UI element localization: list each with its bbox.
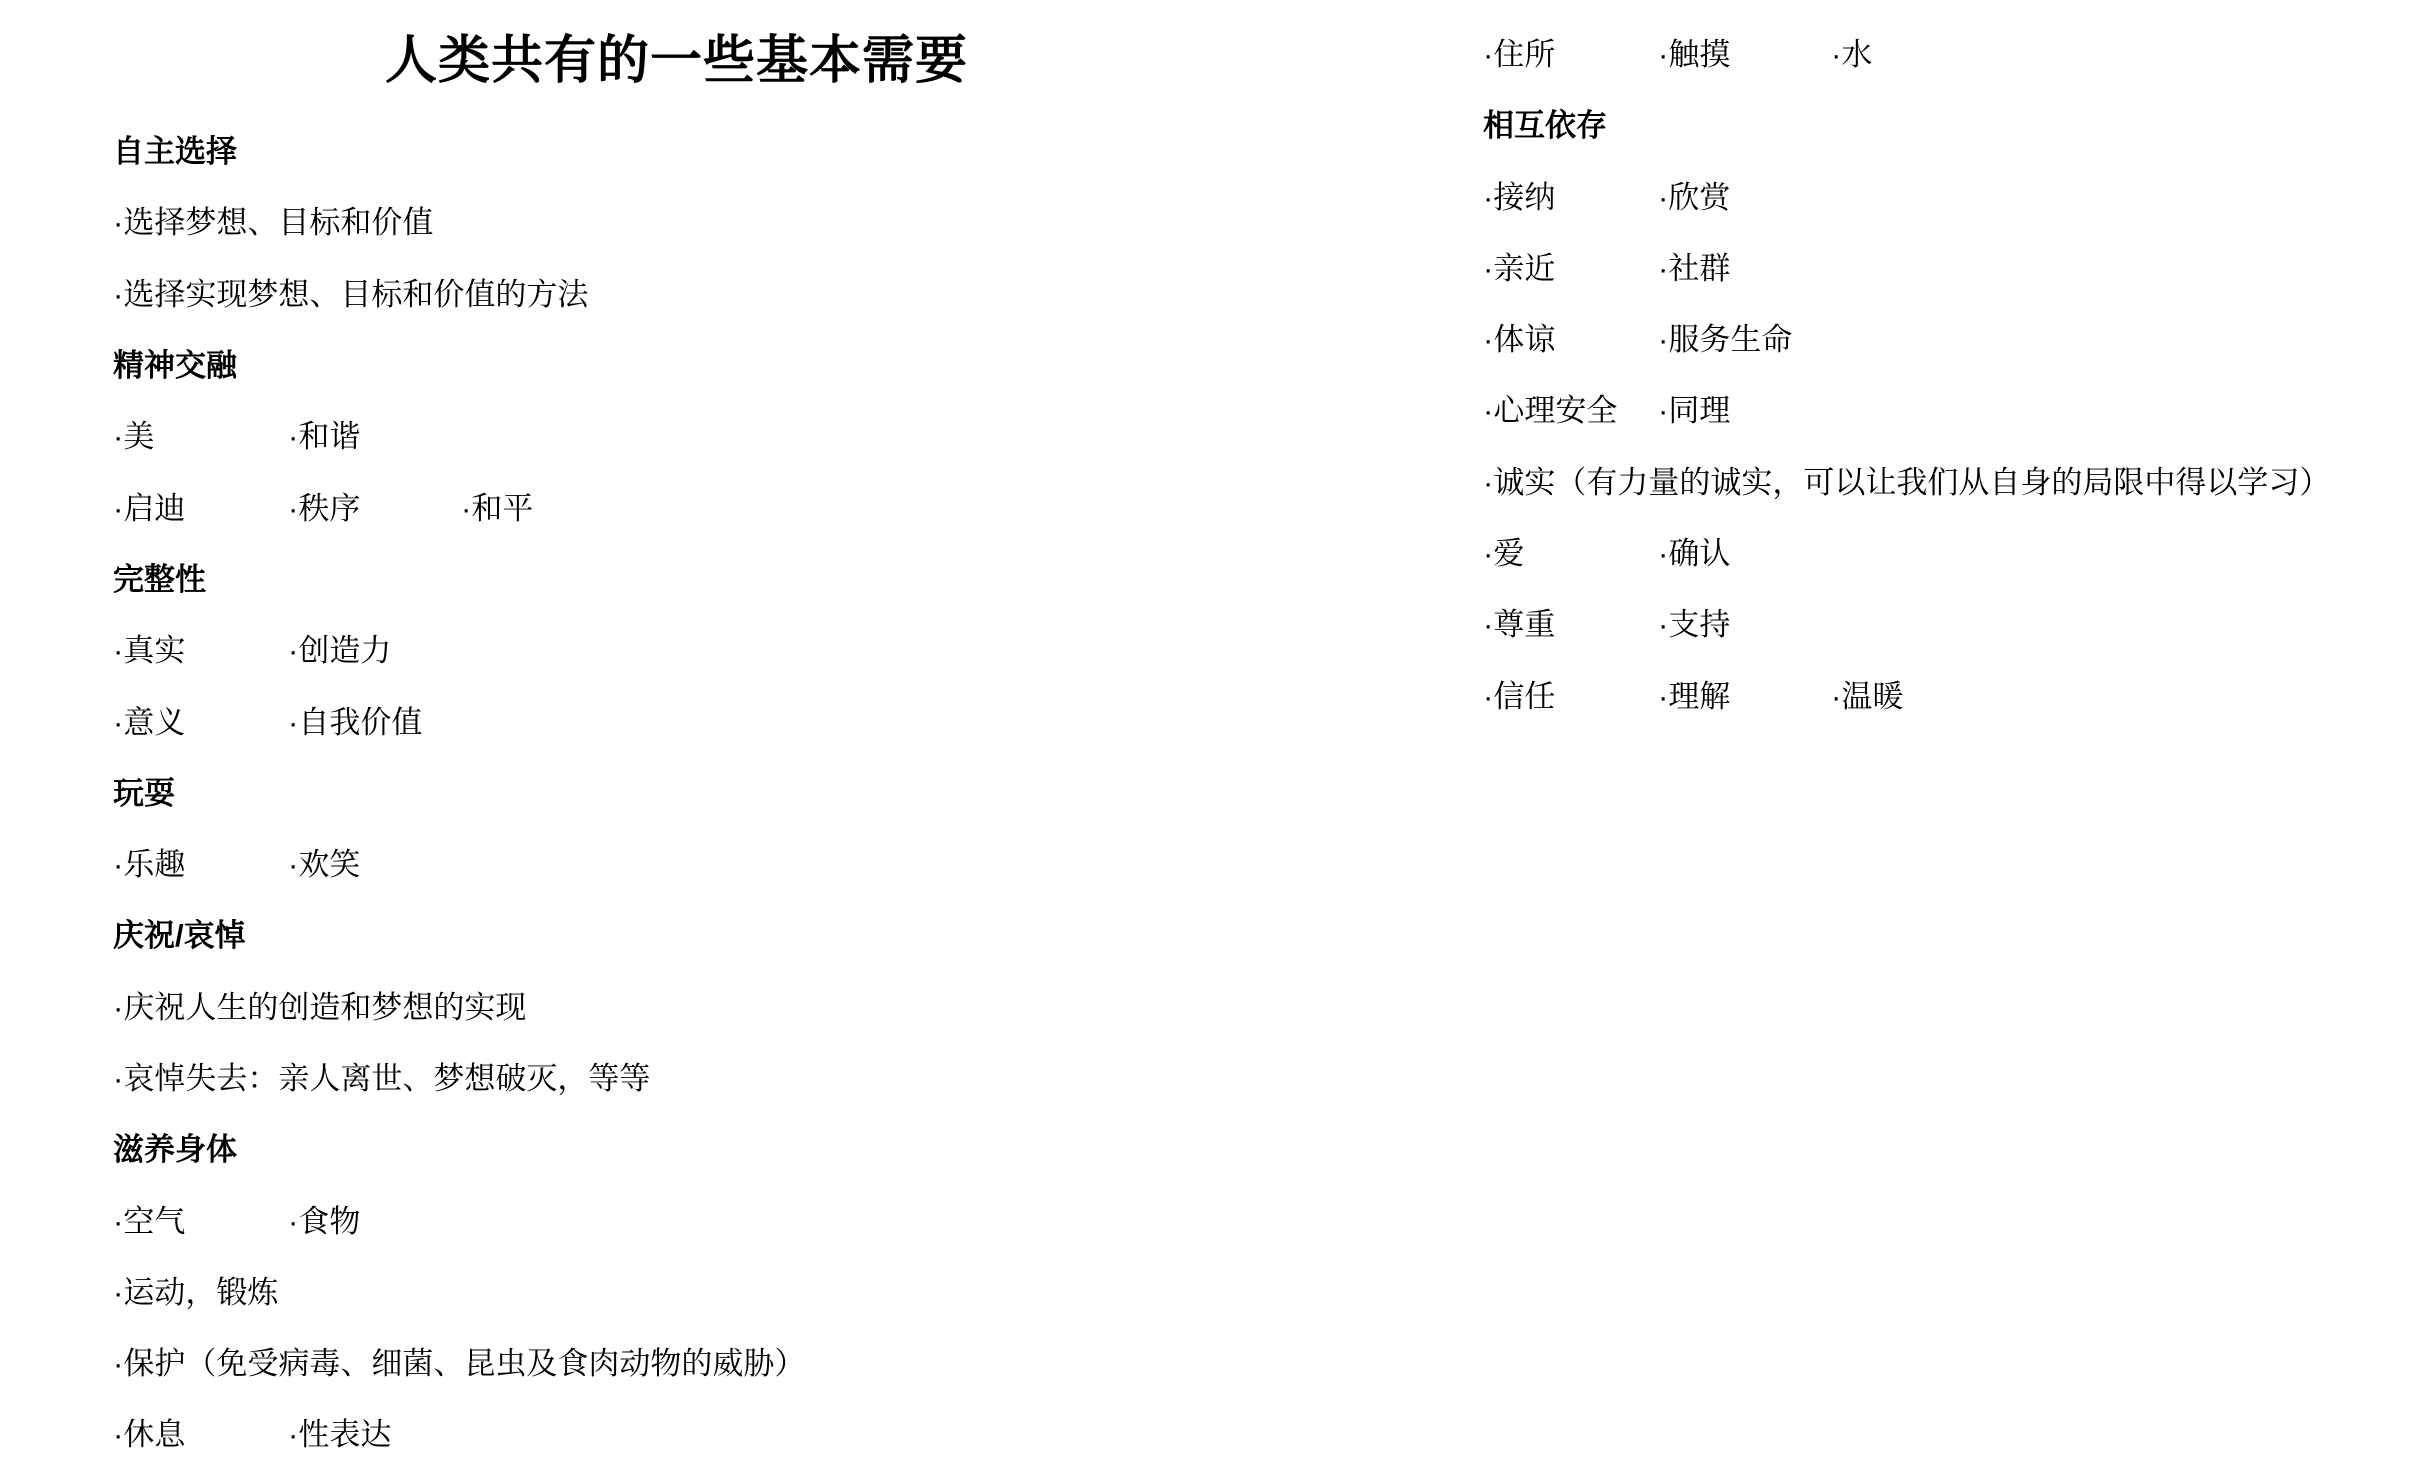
bullet-line: ·信任 ·理解 ·温暖: [1483, 662, 2383, 732]
bullet-line: ·体谅 ·服务生命: [1483, 305, 2383, 375]
section-heading: 自主选择: [113, 117, 1363, 187]
bullet-line: ·意义 ·自我价值: [113, 688, 1363, 758]
bullet-line: ·乐趣 ·欢笑: [113, 830, 1363, 900]
section-heading: 精神交融: [113, 331, 1363, 401]
bullet-item: ·爱: [1483, 519, 1524, 589]
section-heading-text: 玩耍: [113, 759, 175, 829]
bullet-item: ·意义: [113, 688, 185, 758]
bullet-line: ·心理安全 ·同理: [1483, 376, 2383, 446]
bullet-item: ·乐趣: [113, 830, 185, 900]
bullet-item: ·心理安全: [1483, 376, 1617, 446]
bullet-item: ·尊重: [1483, 590, 1555, 660]
section-heading: 相互依存: [1483, 91, 2383, 161]
section-heading-text: 庆祝/哀悼: [113, 901, 246, 971]
page-title: 人类共有的一些基本需要: [385, 26, 968, 96]
section-heading-text: 精神交融: [113, 331, 237, 401]
bullet-item: ·同理: [1658, 376, 1730, 446]
bullet-line: ·庆祝人生的创造和梦想的实现: [113, 973, 1363, 1043]
bullet-line: ·亲近 ·社群: [1483, 234, 2383, 304]
bullet-line: ·空气 ·食物: [113, 1187, 1363, 1257]
bullet-line: ·选择实现梦想、目标和价值的方法: [113, 260, 1363, 330]
bullet-item: ·亲近: [1483, 234, 1555, 304]
bullet-line: ·尊重 ·支持: [1483, 590, 2383, 660]
section-heading-text: 自主选择: [113, 117, 237, 187]
bullet-item: ·诚实（有力量的诚实，可以让我们从自身的局限中得以学习）: [1483, 448, 2330, 518]
bullet-line: ·真实 ·创造力: [113, 616, 1363, 686]
section-heading-text: 滋养身体: [113, 1115, 237, 1185]
bullet-item: ·和谐: [288, 402, 360, 472]
bullet-item: ·真实: [113, 616, 185, 686]
bullet-line: ·哀悼失去：亲人离世、梦想破灭，等等: [113, 1044, 1363, 1114]
bullet-line: ·接纳 ·欣赏: [1483, 163, 2383, 233]
bullet-item: ·服务生命: [1658, 305, 1792, 375]
bullet-line: ·住所 ·触摸 ·水: [1483, 20, 2383, 90]
bullet-line: ·选择梦想、目标和价值: [113, 188, 1363, 258]
bullet-item: ·触摸: [1658, 20, 1730, 90]
bullet-line: ·启迪 ·秩序 ·和平: [113, 474, 1363, 544]
bullet-item: ·选择梦想、目标和价值: [113, 188, 433, 258]
bullet-item: ·秩序: [288, 474, 360, 544]
bullet-item: ·食物: [288, 1187, 360, 1257]
bullet-item: ·和平: [461, 474, 533, 544]
bullet-item: ·住所: [1483, 20, 1555, 90]
section-heading-text: 相互依存: [1483, 91, 1607, 161]
section-heading: 滋养身体: [113, 1115, 1363, 1185]
section-heading: 完整性: [113, 545, 1363, 615]
document-page: 人类共有的一些基本需要 自主选择 ·选择梦想、目标和价值 ·选择实现梦想、目标和…: [0, 0, 2410, 1482]
bullet-item: ·空气: [113, 1187, 185, 1257]
bullet-item: ·性表达: [288, 1400, 391, 1470]
section-heading: 庆祝/哀悼: [113, 901, 1363, 971]
bullet-line: ·休息 ·性表达: [113, 1400, 1363, 1470]
bullet-line: ·保护（免受病毒、细菌、昆虫及食肉动物的威胁）: [113, 1329, 1363, 1399]
bullet-item: ·理解: [1658, 662, 1730, 732]
bullet-line: ·美 ·和谐: [113, 402, 1363, 472]
bullet-line: ·爱 ·确认: [1483, 519, 2383, 589]
bullet-item: ·温暖: [1831, 662, 1903, 732]
bullet-line: ·运动，锻炼: [113, 1258, 1363, 1328]
bullet-item: ·接纳: [1483, 163, 1555, 233]
bullet-item: ·运动，锻炼: [113, 1258, 278, 1328]
bullet-item: ·保护（免受病毒、细菌、昆虫及食肉动物的威胁）: [113, 1329, 805, 1399]
section-heading-text: 完整性: [113, 545, 206, 615]
bullet-item: ·欢笑: [288, 830, 360, 900]
bullet-item: ·社群: [1658, 234, 1730, 304]
bullet-item: ·水: [1831, 20, 1872, 90]
bullet-item: ·信任: [1483, 662, 1555, 732]
bullet-item: ·支持: [1658, 590, 1730, 660]
bullet-item: ·庆祝人生的创造和梦想的实现: [113, 973, 526, 1043]
bullet-item: ·体谅: [1483, 305, 1555, 375]
bullet-item: ·启迪: [113, 474, 185, 544]
bullet-item: ·创造力: [288, 616, 391, 686]
bullet-item: ·休息: [113, 1400, 185, 1470]
bullet-item: ·美: [113, 402, 154, 472]
bullet-item: ·哀悼失去：亲人离世、梦想破灭，等等: [113, 1044, 650, 1114]
bullet-item: ·自我价值: [288, 688, 422, 758]
bullet-item: ·确认: [1658, 519, 1730, 589]
bullet-item: ·选择实现梦想、目标和价值的方法: [113, 260, 588, 330]
bullet-line: ·诚实（有力量的诚实，可以让我们从自身的局限中得以学习）: [1483, 448, 2383, 518]
bullet-item: ·欣赏: [1658, 163, 1730, 233]
section-heading: 玩耍: [113, 759, 1363, 829]
